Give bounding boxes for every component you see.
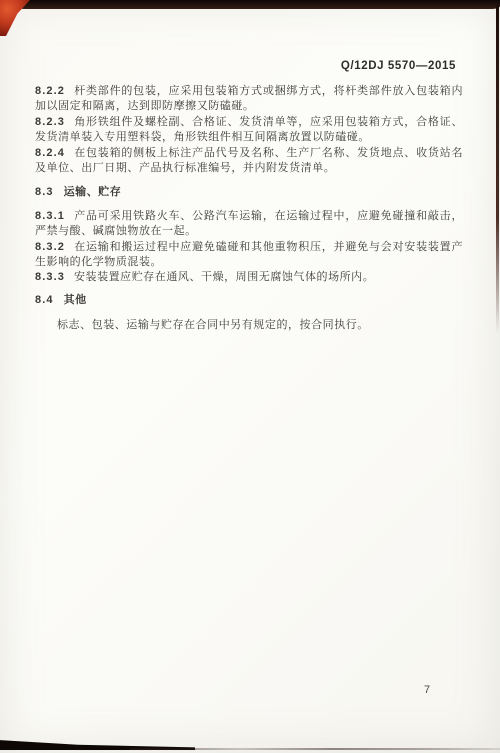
page-number: 7 xyxy=(424,684,430,696)
heading-number: 8.4 xyxy=(35,294,64,306)
clause-text: 角形铁组件及螺栓副、合格证、发货清单等，应采用包装箱方式，合格证、发货清单装入专… xyxy=(35,116,463,143)
section-heading-8-4: 8.4其他 xyxy=(35,293,463,308)
clause-number: 8.3.1 xyxy=(35,210,74,222)
clause-text: 安装装置应贮存在通风、干燥，周围无腐蚀气体的场所内。 xyxy=(74,271,374,283)
heading-title: 运输、贮存 xyxy=(64,186,122,198)
clause-number: 8.3.3 xyxy=(35,271,74,283)
clause-number: 8.2.2 xyxy=(35,85,74,97)
clause-number: 8.2.3 xyxy=(35,116,74,128)
clause-number: 8.2.4 xyxy=(35,147,74,159)
clause-number: 8.3.2 xyxy=(35,241,74,253)
clause-8-3-1: 8.3.1产品可采用铁路火车、公路汽车运输，在运输过程中，应避免碰撞和敲击，严禁… xyxy=(35,209,463,240)
clause-text: 产品可采用铁路火车、公路汽车运输，在运输过程中，应避免碰撞和敲击，严禁与酸、碱腐… xyxy=(35,210,463,237)
clause-8-2-3: 8.2.3角形铁组件及螺栓副、合格证、发货清单等，应采用包装箱方式，合格证、发货… xyxy=(35,115,463,146)
section-heading-8-3: 8.3运输、贮存 xyxy=(35,185,463,200)
scanned-page: Q/12DJ 5570—2015 8.2.2杆类部件的包装，应采用包装箱方式或捆… xyxy=(0,0,500,753)
document-body: 8.2.2杆类部件的包装，应采用包装箱方式或捆绑方式，将杆类部件放入包装箱内加以… xyxy=(35,84,463,334)
clause-8-2-4: 8.2.4在包装箱的侧板上标注产品代号及名称、生产厂名称、发货地点、收货站名及单… xyxy=(35,146,463,177)
clause-text: 在包装箱的侧板上标注产品代号及名称、生产厂名称、发货地点、收货站名及单位、出厂日… xyxy=(35,147,463,174)
clause-8-3-3: 8.3.3安装装置应贮存在通风、干燥，周围无腐蚀气体的场所内。 xyxy=(35,270,463,285)
top-edge-shadow xyxy=(0,0,500,9)
clause-8-3-2: 8.3.2在运输和搬运过程中应避免磕碰和其他重物积压，并避免与会对安装装置产生影… xyxy=(35,240,463,271)
heading-title: 其他 xyxy=(64,294,87,306)
standard-code-header: Q/12DJ 5570—2015 xyxy=(341,60,456,72)
clause-8-2-2: 8.2.2杆类部件的包装，应采用包装箱方式或捆绑方式，将杆类部件放入包装箱内加以… xyxy=(35,84,463,115)
closing-paragraph: 标志、包装、运输与贮存在合同中另有规定的，按合同执行。 xyxy=(35,318,463,333)
bottom-edge-line xyxy=(130,748,500,751)
clause-text: 在运输和搬运过程中应避免磕碰和其他重物积压，并避免与会对安装装置产生影响的化学物… xyxy=(35,241,463,268)
clause-text: 杆类部件的包装，应采用包装箱方式或捆绑方式，将杆类部件放入包装箱内加以固定和隔离… xyxy=(35,85,463,112)
heading-number: 8.3 xyxy=(35,186,64,198)
right-edge-shadow xyxy=(496,5,499,333)
